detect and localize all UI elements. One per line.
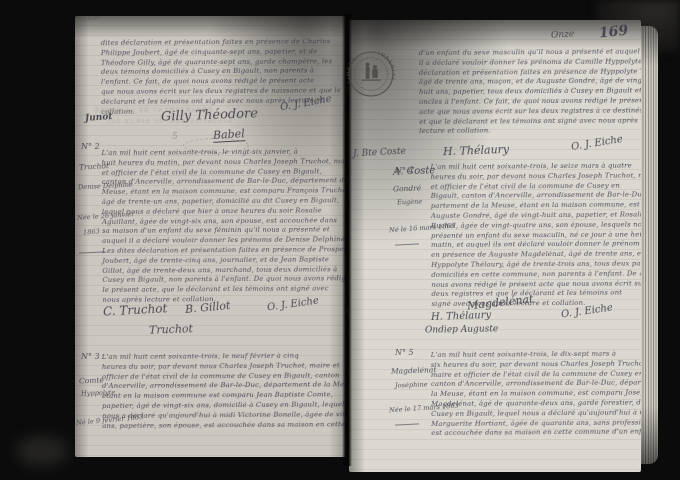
act-5-text: L'an mil huit cent soixante-trois, le di… xyxy=(431,349,641,439)
left-page: 1456 dites déclaration et présentation f… xyxy=(75,16,347,457)
margin-rule xyxy=(395,423,419,425)
act-3-continuation-text: d'un enfant du sexe masculin qu'il nous … xyxy=(419,47,641,137)
signature-eiche: O. J. Eiche xyxy=(570,134,623,153)
handwritten-line: le présent acte, que le déclarant et les… xyxy=(102,284,347,296)
scan-smudge-artifact xyxy=(16,436,68,466)
signature-thelaury: H. Thélaury xyxy=(431,310,491,323)
signature-ondiep-auguste: Ondiep Auguste xyxy=(425,324,498,335)
act-2-text: L'an mil huit cent soixante-trois, le vi… xyxy=(101,147,347,306)
signature-jbte-coste: J. Bte Coste xyxy=(353,147,406,160)
margin-act-number: N° 4 xyxy=(395,166,414,175)
margin-rule xyxy=(395,243,419,245)
act-4-text: L'an mil huit cent soixante-trois, le se… xyxy=(430,161,641,310)
margin-act-number: N° 5 xyxy=(395,348,414,357)
signature-truchot: Truchot xyxy=(149,322,193,337)
margin-name: Magdelénat xyxy=(391,365,437,376)
binding-dot xyxy=(345,308,349,313)
signature-thelaury: H. Thélaury xyxy=(443,143,510,158)
margin-name: Gondré xyxy=(393,184,421,194)
signature-c-truchot: C. Truchot xyxy=(103,301,168,318)
folio-number: 169 xyxy=(598,23,629,42)
handwritten-line: est accouchée dans sa maison en cette co… xyxy=(431,427,641,439)
margin-firstnames: Eugène xyxy=(397,198,423,207)
imperial-stamp-icon: TIMBRE IMPERIAL xyxy=(346,49,396,99)
signature-junot: Junot xyxy=(85,112,113,124)
corner-mark: 1456 xyxy=(83,16,102,23)
margin-rule xyxy=(79,251,105,253)
page-edge-stack xyxy=(641,26,658,464)
margin-birthdate-year: 1863 xyxy=(83,227,100,236)
margin-act-number: N° 2 xyxy=(81,142,100,151)
signature-gilly-theodore: Gilly Théodore xyxy=(161,106,258,124)
register-scan: 1456 dites déclaration et présentation f… xyxy=(0,0,680,480)
act-3-text: L'an mil huit cent soixante-trois, le ne… xyxy=(102,351,347,431)
handwritten-line: et que le déclarant et les témoins ont s… xyxy=(419,116,641,128)
folio-word: Onze xyxy=(551,29,575,40)
handwritten-line: ans, papetière, son épouse, est accouché… xyxy=(102,420,347,432)
faint-stamp-mark: 5 xyxy=(172,132,178,142)
signature-gillot: B. Gillot xyxy=(185,299,231,316)
margin-name: Comte xyxy=(79,376,104,386)
margin-act-number: N° 3 xyxy=(81,352,100,361)
margin-firstnames: Joséphine xyxy=(395,380,428,389)
